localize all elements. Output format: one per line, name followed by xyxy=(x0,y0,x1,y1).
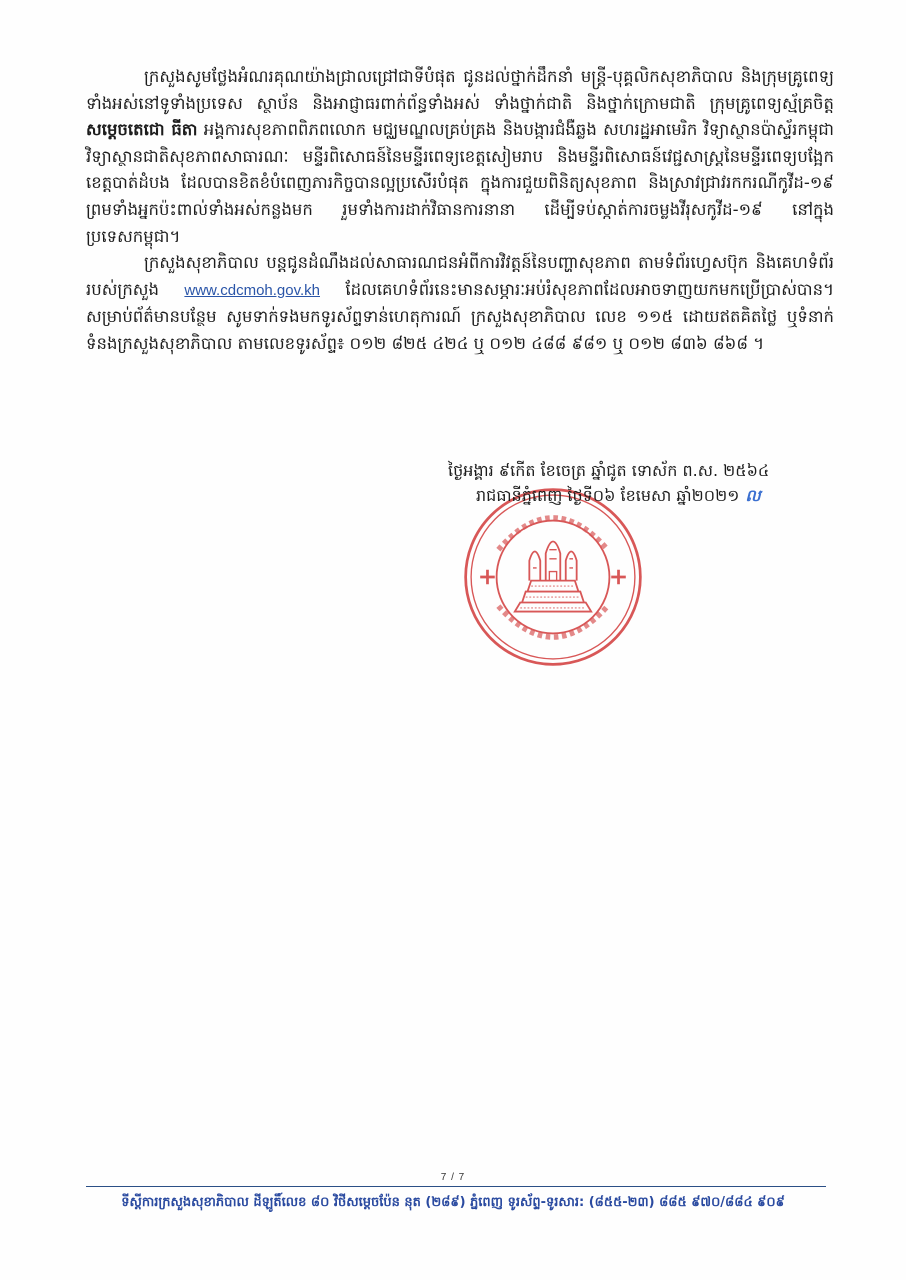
solar-date-line: រាជធានីភ្នំពេញ ថ្ងៃទី០៦ ខែមេសា ឆ្នាំ២០២១… xyxy=(448,483,848,508)
paragraph-1-text-b: អង្គការសុខភាពពិភពលោក មជ្ឈមណ្ឌលគ្រប់គ្រង … xyxy=(86,120,834,245)
signature-initial-mark: ល xyxy=(745,486,760,505)
document-page: ក្រសួងសូមថ្លែងអំណរគុណយ៉ាងជ្រាលជ្រៅជាទីបំ… xyxy=(0,0,906,1280)
solar-date: រាជធានីភ្នំពេញ ថ្ងៃទី០៦ ខែមេសា ឆ្នាំ២០២១ xyxy=(476,486,739,505)
paragraph-acknowledgement: ក្រសួងសូមថ្លែងអំណរគុណយ៉ាងជ្រាលជ្រៅជាទីបំ… xyxy=(86,64,834,250)
page-number: 7 / 7 xyxy=(0,1172,906,1183)
paragraph-1-bold-name: សម្ដេចតេជោ ធីតា xyxy=(86,120,198,139)
paragraph-1-text-a: ក្រសួងសូមថ្លែងអំណរគុណយ៉ាងជ្រាលជ្រៅជាទីបំ… xyxy=(86,67,834,113)
lunar-date: ថ្ងៃអង្គារ ៩កើត ខែចេត្រ ឆ្នាំជូត ទោស័ក ព… xyxy=(448,458,848,483)
paragraph-information: ក្រសួងសុខាភិបាល បន្តជូនដំណឹងដល់សាធារណជនអ… xyxy=(86,250,834,357)
ministry-website-link[interactable]: www.cdcmoh.gov.kh xyxy=(184,282,320,299)
date-block: ថ្ងៃអង្គារ ៩កើត ខែចេត្រ ឆ្នាំជូត ទោស័ក ព… xyxy=(448,458,848,508)
footer-address: ទីស្ដីការក្រសួងសុខាភិបាល ដីឡូតិ៍លេខ ៨០ វ… xyxy=(0,1194,906,1213)
letter-body: ក្រសួងសូមថ្លែងអំណរគុណយ៉ាងជ្រាលជ្រៅជាទីបំ… xyxy=(86,64,834,358)
footer-divider xyxy=(86,1186,826,1187)
ministry-seal-icon xyxy=(462,486,644,668)
